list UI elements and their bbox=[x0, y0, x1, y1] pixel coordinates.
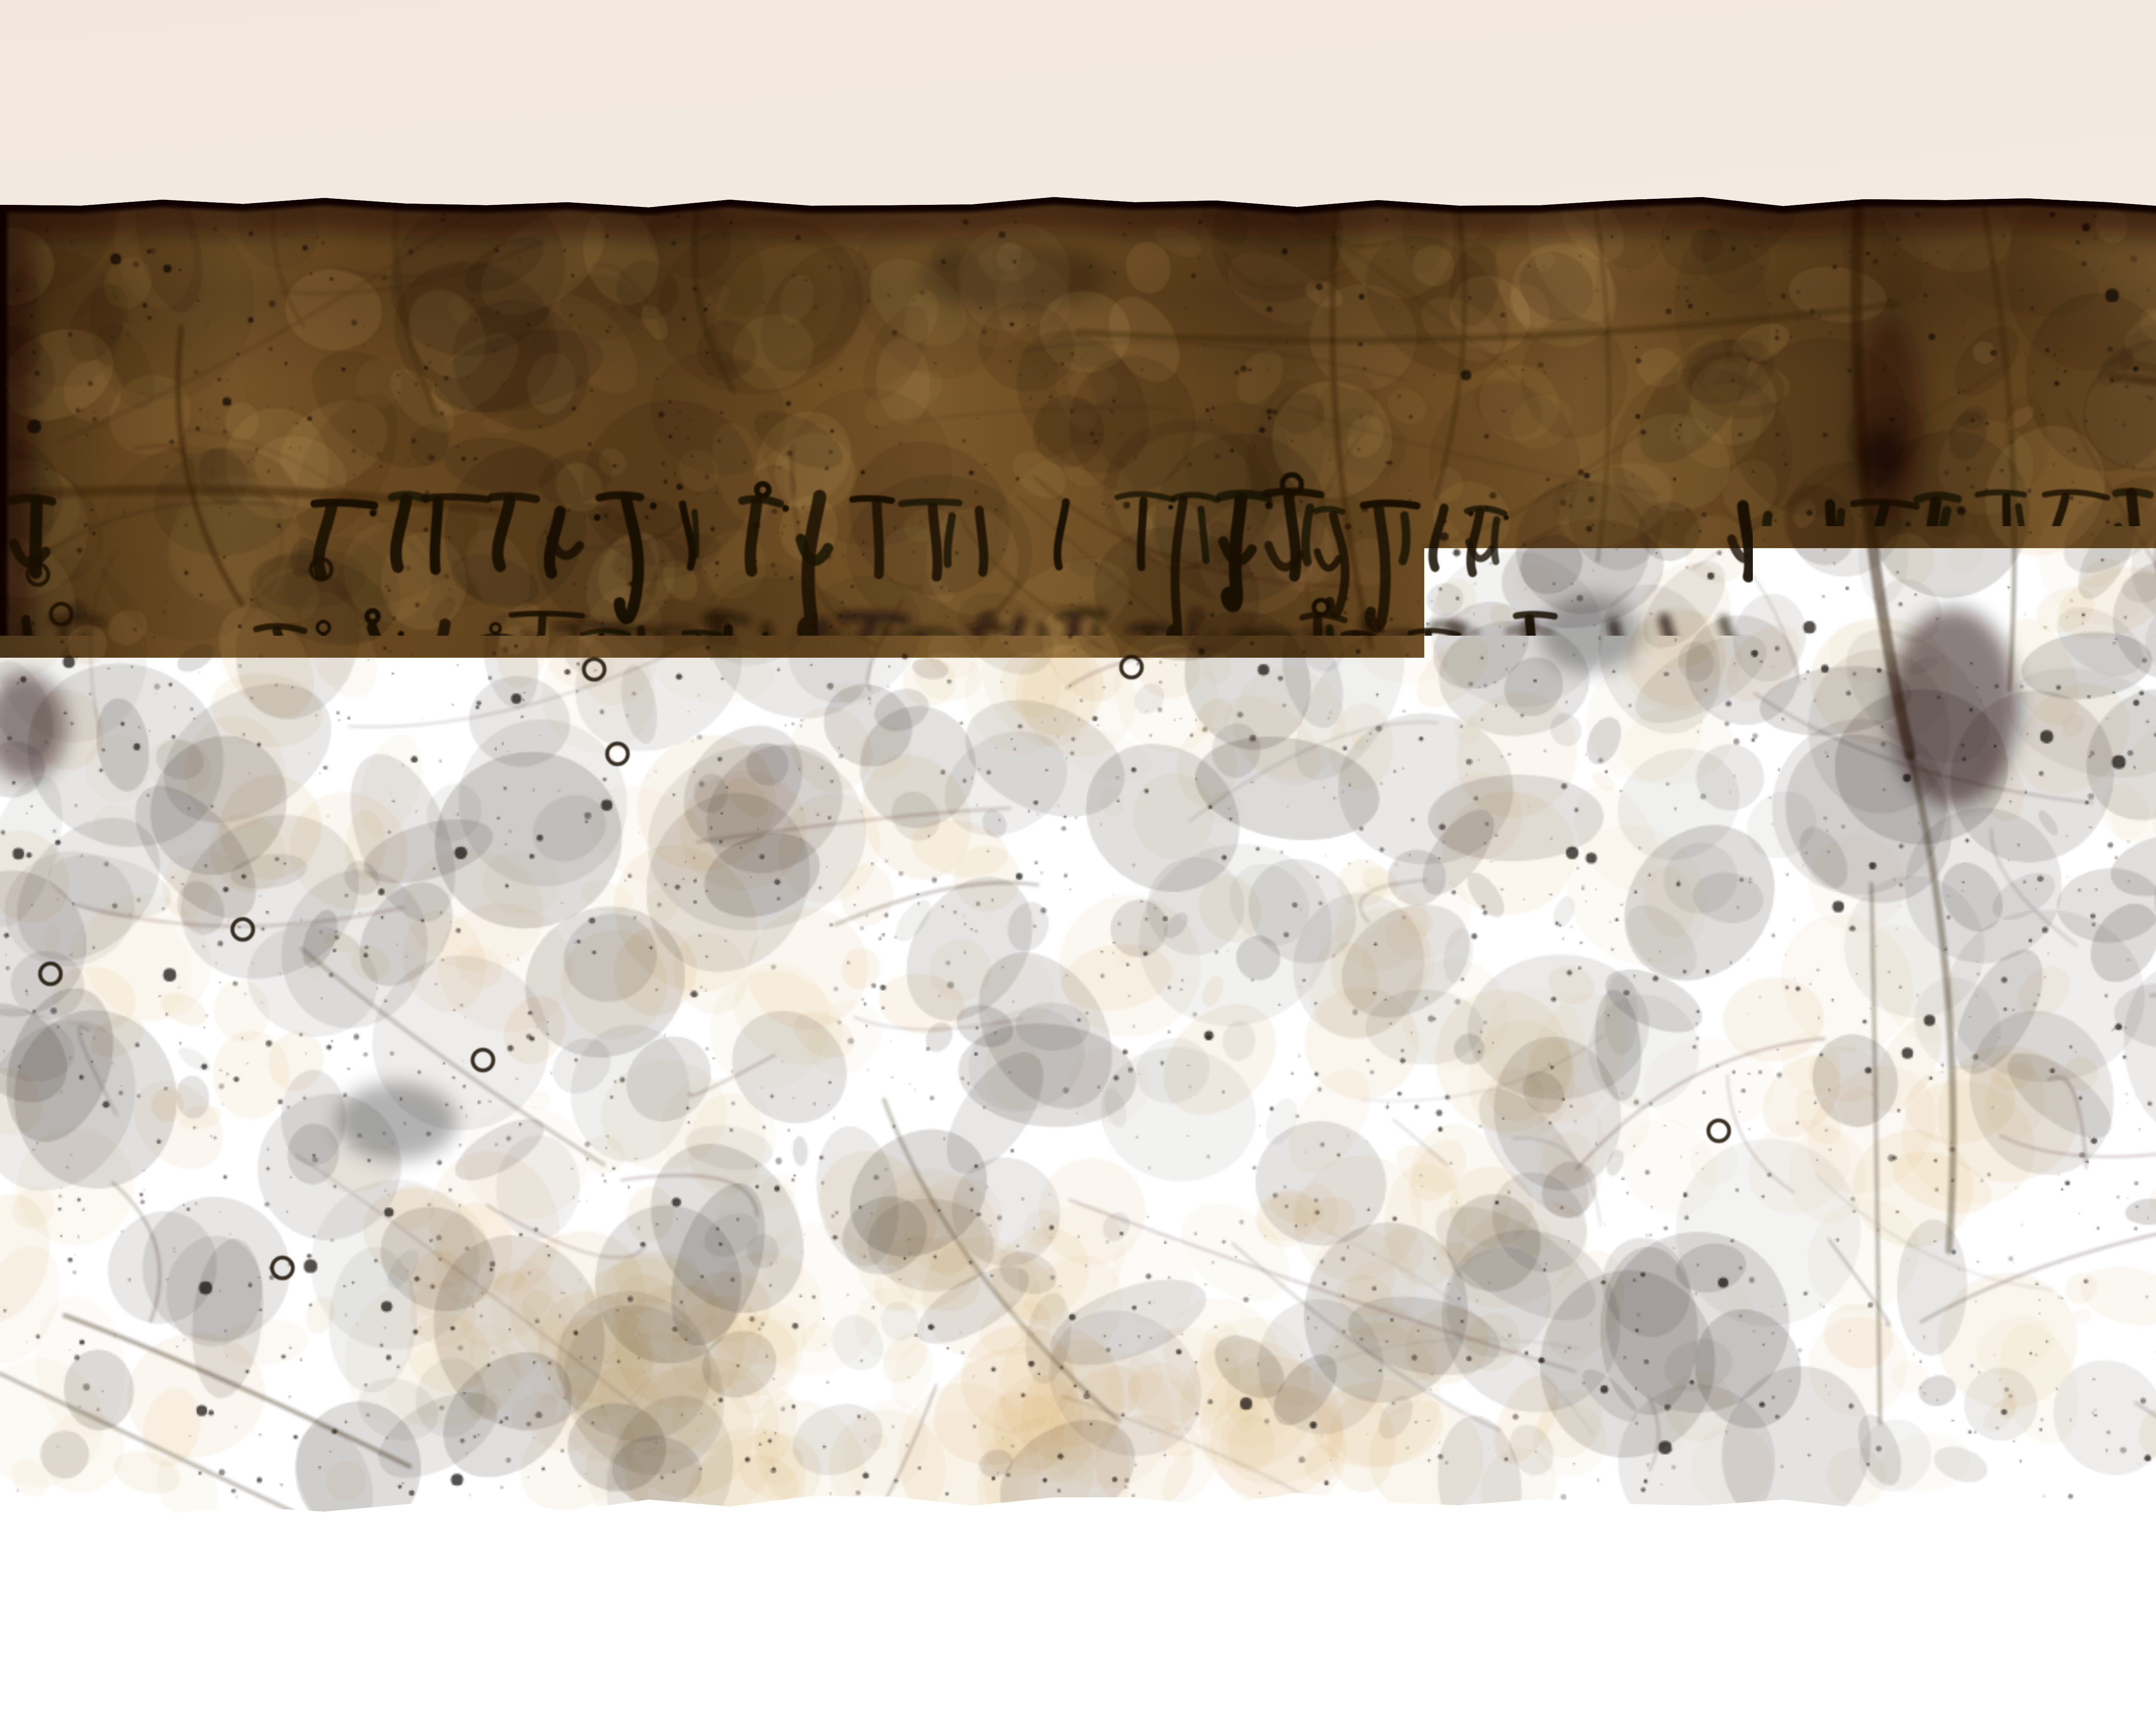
handwriting-overlay bbox=[0, 0, 2156, 1732]
photo-backdrop bbox=[0, 0, 2156, 1732]
